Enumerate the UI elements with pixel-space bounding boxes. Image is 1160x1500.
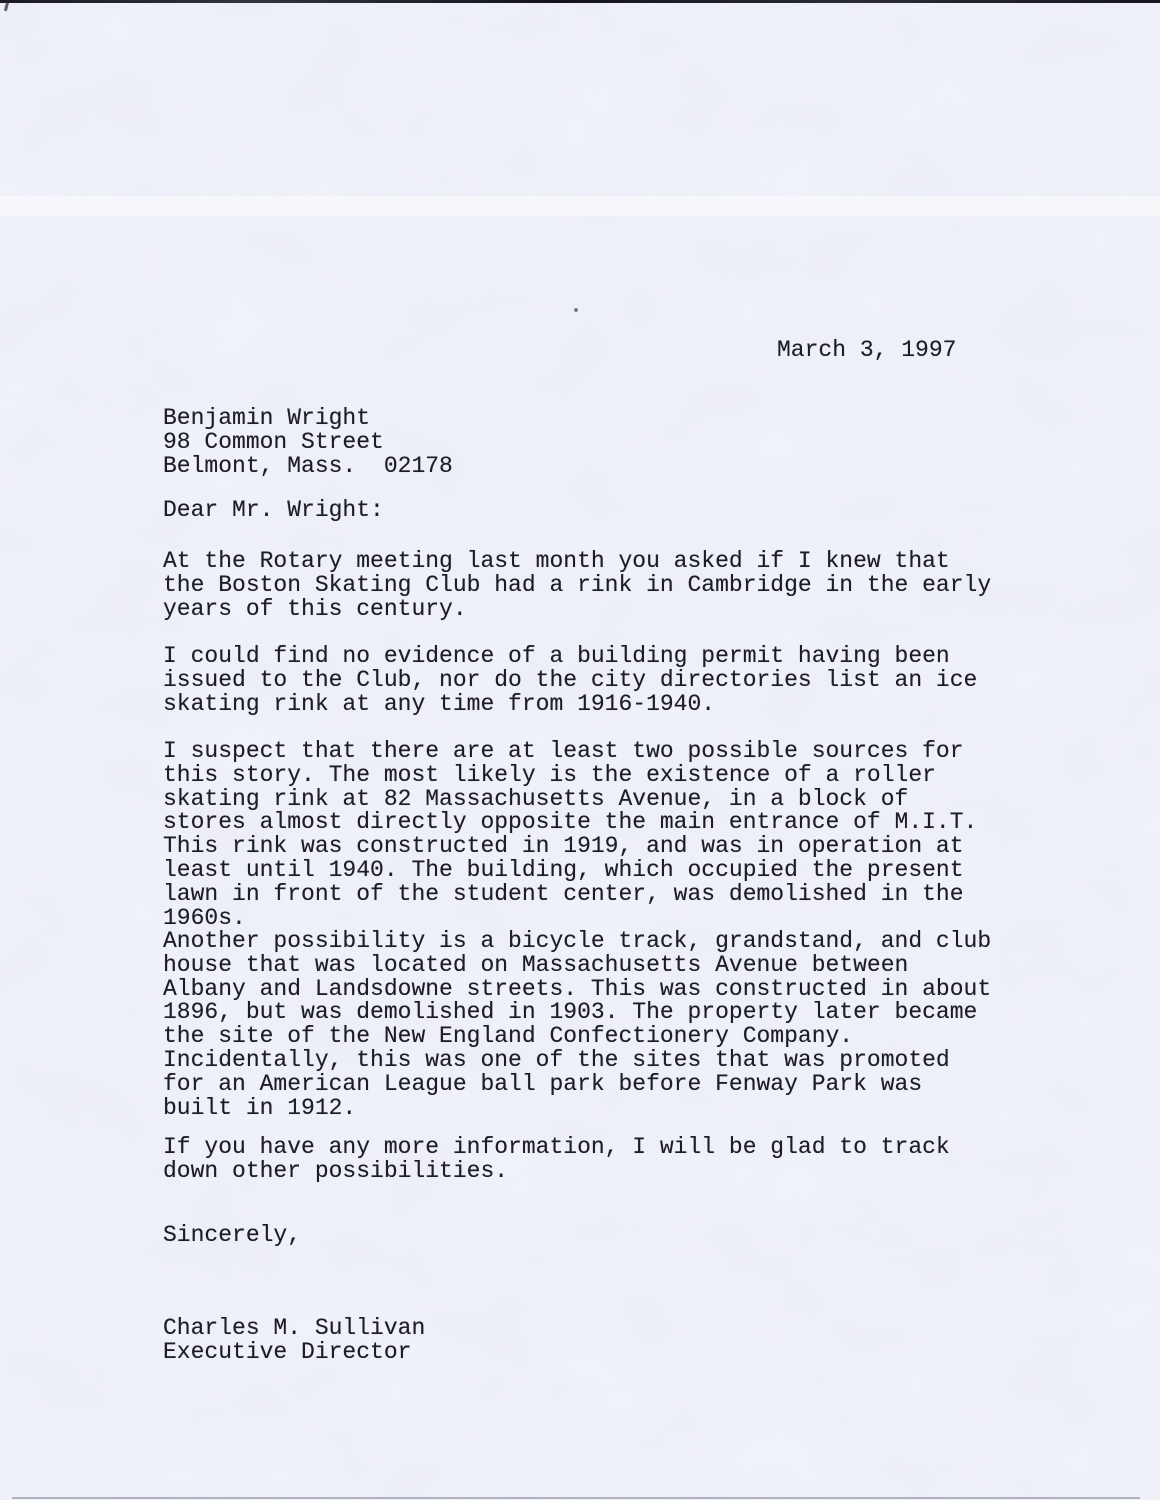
closing: Sincerely, [163,1224,301,1248]
scan-light-band [0,196,1160,216]
paragraph-4: Another possibility is a bicycle track, … [163,930,991,1120]
paragraph-3: I suspect that there are at least two po… [163,740,977,930]
letter-date: March 3, 1997 [777,339,956,363]
letter-page: March 3, 1997 Benjamin Wright 98 Common … [0,0,1160,1500]
scan-edge-top [0,0,1160,3]
salutation: Dear Mr. Wright: [163,499,384,523]
scan-edge-bottom [12,1497,1140,1499]
signature-title: Executive Director [163,1339,411,1365]
scan-speck [574,308,578,312]
recipient-address: Benjamin Wright 98 Common Street Belmont… [163,407,453,478]
signature-name: Charles M. Sullivan [163,1315,425,1341]
paragraph-5: If you have any more information, I will… [163,1136,950,1184]
recipient-city-line: Belmont, Mass. 02178 [163,453,453,479]
scan-notch [4,2,9,11]
recipient-street: 98 Common Street [163,429,384,455]
paragraph-1: At the Rotary meeting last month you ask… [163,550,991,621]
recipient-name: Benjamin Wright [163,405,370,431]
paragraph-2: I could find no evidence of a building p… [163,645,977,716]
signature-block: Charles M. Sullivan Executive Director [163,1317,425,1365]
